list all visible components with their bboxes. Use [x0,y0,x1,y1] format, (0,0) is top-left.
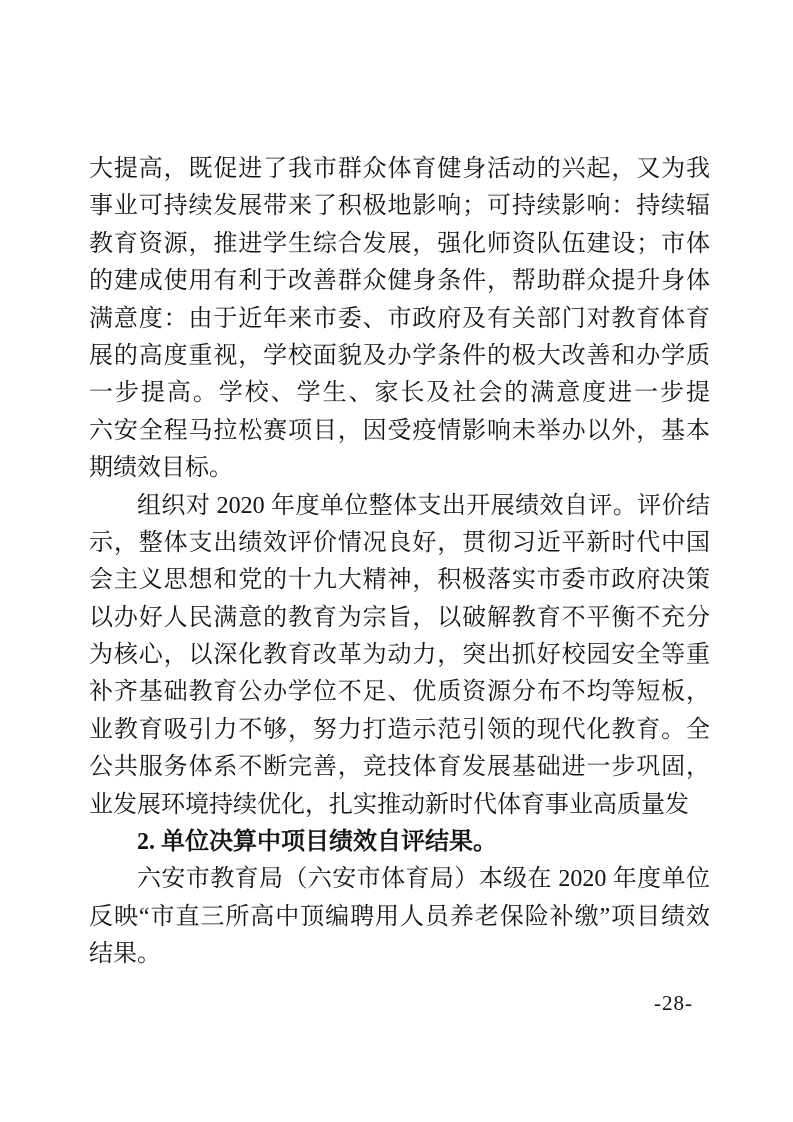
text-line: 会主义思想和党的十九大精神，积极落实市委市政府决策部署， [89,562,710,599]
page-number: -28- [89,991,693,1016]
text-line: 组织对 2020 年度单位整体支出开展绩效自评。评价结果显 [89,488,710,525]
text-line: 教育资源，推进学生综合发展，强化师资队伍建设；市体育中心 [89,226,710,263]
text-line: 六安市教育局（六安市体育局）本级在 2020 年度单位决算中 [89,861,710,898]
section-heading: 2. 单位决算中项目绩效自评结果。 [89,824,710,861]
text-line: 六安全程马拉松赛项目，因受疫情影响未举办以外，基本达到预 [89,413,710,450]
text-line: 以办好人民满意的教育为宗旨，以破解教育不平衡不充分的发展 [89,600,710,637]
document-page: 大提高，既促进了我市群众体育健身活动的兴起，又为我市体育事业可持续发展带来了积极… [0,0,793,1122]
document-body: 大提高，既促进了我市群众体育健身活动的兴起，又为我市体育事业可持续发展带来了积极… [89,151,710,974]
text-line: 业发展环境持续优化，扎实推动新时代体育事业高质量发展。 [89,787,710,824]
text-line: 业教育吸引力不够，努力打造示范引领的现代化教育。全民健身 [89,712,710,749]
text-line: 一步提高。学校、学生、家长及社会的满意度进一步提升。除了 [89,375,710,412]
text-line: 公共服务体系不断完善，竞技体育发展基础进一步巩固，体育产 [89,749,710,786]
text-line: 事业可持续发展带来了积极地影响；可持续影响：持续辐射优质 [89,188,710,225]
text-line: 满意度：由于近年来市委、市政府及有关部门对教育体育事业发 [89,301,710,338]
text-line: 大提高，既促进了我市群众体育健身活动的兴起，又为我市体育 [89,151,710,188]
text-line: 展的高度重视，学校面貌及办学条件的极大改善和办学质量的进 [89,338,710,375]
text-line: 示，整体支出绩效评价情况良好，贯彻习近平新时代中国特色社 [89,525,710,562]
text-line: 的建成使用有利于改善群众健身条件，帮助群众提升身体素质； [89,263,710,300]
text-line: 补齐基础教育公办学位不足、优质资源分布不均等短板，补强职 [89,674,710,711]
text-line: 为核心，以深化教育改革为动力，突出抓好校园安全等重点工作， [89,637,710,674]
text-line: 期绩效目标。 [89,450,710,487]
text-line: 结果。 [89,936,710,973]
text-line: 反映“市直三所高中顶编聘用人员养老保险补缴”项目绩效自评 [89,899,710,936]
